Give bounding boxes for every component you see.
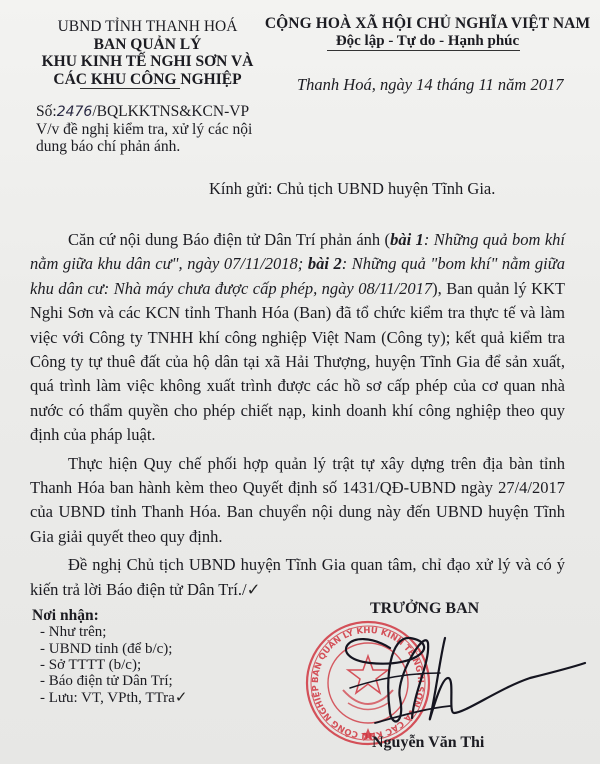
recipient-line: Kính gửi: Chủ tịch UBND huyện Tĩnh Gia. bbox=[209, 179, 495, 199]
recipient-item: - UBND tỉnh (để b/c); bbox=[40, 641, 187, 657]
national-heading: CỘNG HOÀ XÃ HỘI CHỦ NGHĨA VIỆT NAM Độc l… bbox=[255, 14, 600, 50]
place-date: Thanh Hoá, ngày 14 tháng 11 năm 2017 bbox=[297, 75, 563, 95]
handwritten-signature-icon bbox=[330, 618, 590, 738]
issuer-underline bbox=[80, 88, 180, 89]
p1-article2-label: bài 2 bbox=[308, 254, 342, 273]
recipient-item: - Như trên; bbox=[40, 624, 187, 640]
document-subject: V/v đề nghị kiểm tra, xử lý các nội dung… bbox=[36, 121, 266, 155]
doc-number-suffix: /BQLKKTNS&KCN-VP bbox=[92, 103, 249, 120]
issuer-name: BAN QUẢN LÝ bbox=[40, 36, 255, 54]
initial-mark-icon: ✓ bbox=[247, 580, 261, 599]
recipient-item-text: - Lưu: VT, VPth, TTra bbox=[40, 690, 175, 706]
issuer-block: UBND TỈNH THANH HOÁ BAN QUẢN LÝ KHU KINH… bbox=[40, 18, 255, 88]
motto-underline bbox=[327, 50, 520, 51]
document-body: Căn cứ nội dung Báo điện tử Dân Trí phản… bbox=[30, 228, 565, 602]
document-number: Số:2476/BQLKKTNS&KCN-VP bbox=[36, 103, 249, 122]
body-paragraph-2: Thực hiện Quy chế phối hợp quản lý trật … bbox=[30, 452, 565, 550]
issuer-name-line2: KHU KINH TẾ NGHI SƠN VÀ bbox=[40, 53, 255, 71]
initial-mark-icon: ✓ bbox=[175, 688, 188, 706]
body-paragraph-1: Căn cứ nội dung Báo điện tử Dân Trí phản… bbox=[30, 228, 565, 448]
issuer-parent: UBND TỈNH THANH HOÁ bbox=[40, 18, 255, 36]
signer-name: Nguyễn Văn Thi bbox=[372, 734, 484, 752]
p1-text-start: Căn cứ nội dung Báo điện tử Dân Trí phản… bbox=[68, 230, 390, 249]
doc-number-prefix: Số: bbox=[36, 103, 57, 120]
nation-title: CỘNG HOÀ XÃ HỘI CHỦ NGHĨA VIỆT NAM bbox=[255, 14, 600, 33]
body-paragraph-3: Đề nghị Chủ tịch UBND huyện Tĩnh Gia qua… bbox=[30, 553, 565, 602]
signer-title: TRƯỞNG BAN bbox=[370, 600, 479, 618]
issuer-name-line3: CÁC KHU CÔNG NGHIỆP bbox=[40, 71, 255, 89]
recipient-item: - Báo điện tử Dân Trí; bbox=[40, 673, 187, 689]
p1-text-end: ), Ban quản lý KKT Nghi Sơn và các KCN t… bbox=[30, 279, 565, 444]
recipient-item: - Lưu: VT, VPth, TTra✓ bbox=[40, 689, 187, 706]
recipients-block: Nơi nhận: - Như trên; - UBND tỉnh (để b/… bbox=[32, 608, 187, 707]
recipients-title: Nơi nhận: bbox=[32, 608, 187, 624]
p3-text: Đề nghị Chủ tịch UBND huyện Tĩnh Gia qua… bbox=[30, 555, 565, 598]
nation-motto: Độc lập - Tự do - Hạnh phúc bbox=[255, 33, 600, 50]
recipient-item: - Sở TTTT (b/c); bbox=[40, 657, 187, 673]
doc-number-handwritten: 2476 bbox=[57, 104, 93, 120]
p1-article1-label: bài 1 bbox=[390, 230, 424, 249]
